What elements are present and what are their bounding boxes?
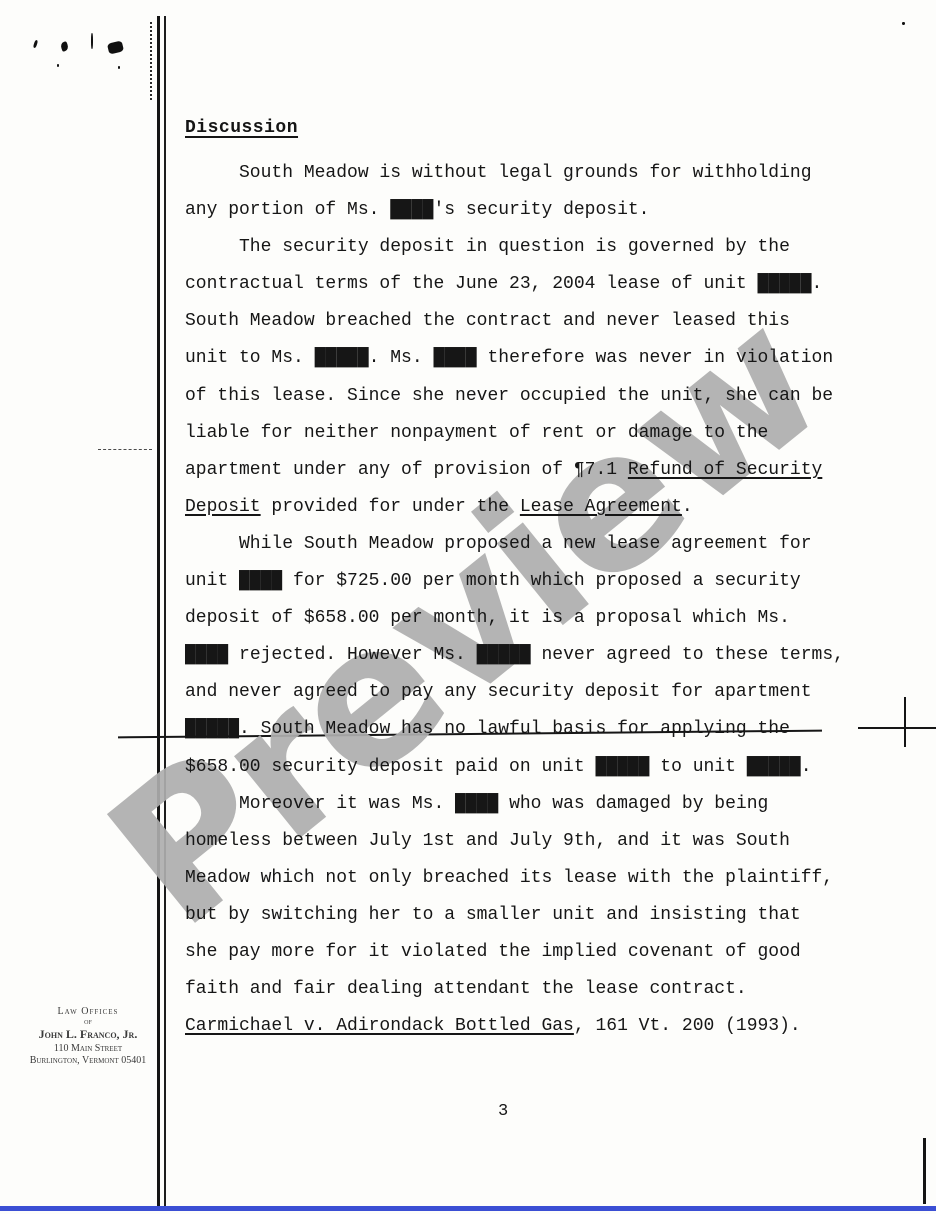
ink-speck <box>107 40 124 54</box>
body-text: Meadow which not only breached its lease… <box>185 868 833 888</box>
redaction-box: █████ <box>185 719 239 739</box>
right-registration-cross-horizontal <box>858 727 936 729</box>
left-margin-tick-marks <box>150 22 152 100</box>
body-text: . South Meadow has no lawful basis for a… <box>239 719 790 739</box>
document-line: unit to Ms. █████. Ms. ████ therefore wa… <box>185 340 844 377</box>
document-line: apartment under any of provision of ¶7.1… <box>185 452 844 489</box>
body-text: to unit <box>649 757 746 777</box>
underlined-text: Carmichael v. Adirondack Bottled Gas <box>185 1016 574 1036</box>
document-line: Meadow which not only breached its lease… <box>185 860 844 897</box>
body-text: faith and fair dealing attendant the lea… <box>185 979 747 999</box>
underlined-text: Refund of Security <box>628 460 822 480</box>
document-line: unit ████ for $725.00 per month which pr… <box>185 563 844 600</box>
body-text: South Meadow is without legal grounds fo… <box>185 163 812 183</box>
stamp-attorney-name: John L. Franco, Jr. <box>18 1027 158 1042</box>
document-heading: Discussion <box>185 118 298 138</box>
document-line: █████. South Meadow has no lawful basis … <box>185 711 844 748</box>
right-registration-cross-vertical <box>904 697 906 747</box>
body-text: but by switching her to a smaller unit a… <box>185 905 801 925</box>
ink-speck <box>91 33 93 49</box>
document-line: $658.00 security deposit paid on unit ██… <box>185 749 844 786</box>
body-text: 's security deposit. <box>433 200 649 220</box>
body-text: of this lease. Since she never occupied … <box>185 386 833 406</box>
underlined-text: Lease Agreement <box>520 497 682 517</box>
body-text: South Meadow breached the contract and n… <box>185 311 790 331</box>
document-line: The security deposit in question is gove… <box>185 229 844 266</box>
document-body: South Meadow is without legal grounds fo… <box>185 155 844 1045</box>
stamp-of: of <box>18 1017 158 1026</box>
document-line: South Meadow breached the contract and n… <box>185 303 844 340</box>
body-text: contractual terms of the June 23, 2004 l… <box>185 274 758 294</box>
ink-speck <box>118 66 120 69</box>
page-number: 3 <box>498 1102 508 1121</box>
body-text: apartment under any of provision of ¶7.1 <box>185 460 628 480</box>
body-text: who was damaged by being <box>498 794 768 814</box>
redaction-box: ████ <box>390 200 433 220</box>
body-text: any portion of Ms. <box>185 200 390 220</box>
redaction-box: █████ <box>747 757 801 777</box>
law-office-stamp: Law Offices of John L. Franco, Jr. 110 M… <box>18 1006 158 1066</box>
body-text: , 161 Vt. 200 (1993). <box>574 1016 801 1036</box>
document-line: but by switching her to a smaller unit a… <box>185 897 844 934</box>
document-line: While South Meadow proposed a new lease … <box>185 526 844 563</box>
body-text: Moreover it was Ms. <box>185 794 455 814</box>
document-line: any portion of Ms. ████'s security depos… <box>185 192 844 229</box>
redaction-box: ████ <box>433 348 476 368</box>
document-line: homeless between July 1st and July 9th, … <box>185 823 844 860</box>
document-line: deposit of $658.00 per month, it is a pr… <box>185 600 844 637</box>
redaction-box: █████ <box>477 645 531 665</box>
redaction-box: █████ <box>315 348 369 368</box>
ink-speck <box>902 22 905 25</box>
body-text: for $725.00 per month which proposed a s… <box>282 571 800 591</box>
body-text: provided for under the <box>261 497 520 517</box>
body-text: The security deposit in question is gove… <box>185 237 790 257</box>
redaction-box: ████ <box>239 571 282 591</box>
body-text: homeless between July 1st and July 9th, … <box>185 831 790 851</box>
body-text: she pay more for it violated the implied… <box>185 942 801 962</box>
document-line: contractual terms of the June 23, 2004 l… <box>185 266 844 303</box>
redaction-box: ████ <box>185 645 228 665</box>
body-text: While South Meadow proposed a new lease … <box>185 534 812 554</box>
ink-speck <box>60 41 70 52</box>
scanned-document-page: { "watermark": { "text": "Preview" }, "d… <box>0 0 936 1214</box>
document-line: Carmichael v. Adirondack Bottled Gas, 16… <box>185 1008 844 1045</box>
body-text: . <box>801 757 812 777</box>
ink-speck <box>57 64 59 67</box>
bottom-blue-strip <box>0 1206 936 1211</box>
document-line: she pay more for it violated the implied… <box>185 934 844 971</box>
body-text: never agreed to these terms, <box>531 645 844 665</box>
body-text: . <box>812 274 823 294</box>
body-text: . Ms. <box>369 348 434 368</box>
ink-speck <box>33 40 38 49</box>
body-text: $658.00 security deposit paid on unit <box>185 757 595 777</box>
left-registration-dash <box>98 449 152 450</box>
document-line: Moreover it was Ms. ████ who was damaged… <box>185 786 844 823</box>
body-text: deposit of $658.00 per month, it is a pr… <box>185 608 790 628</box>
document-line: ████ rejected. However Ms. █████ never a… <box>185 637 844 674</box>
body-text: unit to Ms. <box>185 348 315 368</box>
stamp-law-offices: Law Offices <box>18 1006 158 1017</box>
body-text: and never agreed to pay any security dep… <box>185 682 812 702</box>
redaction-box: █████ <box>595 757 649 777</box>
body-text: rejected. However Ms. <box>228 645 476 665</box>
left-margin-rule-secondary <box>164 16 166 1206</box>
body-text: therefore was never in violation <box>477 348 833 368</box>
stamp-city-state-zip: Burlington, Vermont 05401 <box>18 1055 158 1066</box>
underlined-text: Deposit <box>185 497 261 517</box>
right-edge-rule <box>923 1138 926 1204</box>
document-line: liable for neither nonpayment of rent or… <box>185 415 844 452</box>
document-line: Deposit provided for under the Lease Agr… <box>185 489 844 526</box>
body-text: liable for neither nonpayment of rent or… <box>185 423 768 443</box>
document-line: and never agreed to pay any security dep… <box>185 674 844 711</box>
body-text: unit <box>185 571 239 591</box>
document-line: faith and fair dealing attendant the lea… <box>185 971 844 1008</box>
body-text: . <box>682 497 693 517</box>
document-line: South Meadow is without legal grounds fo… <box>185 155 844 192</box>
document-line: of this lease. Since she never occupied … <box>185 378 844 415</box>
redaction-box: █████ <box>758 274 812 294</box>
redaction-box: ████ <box>455 794 498 814</box>
stamp-street-address: 110 Main Street <box>18 1043 158 1054</box>
